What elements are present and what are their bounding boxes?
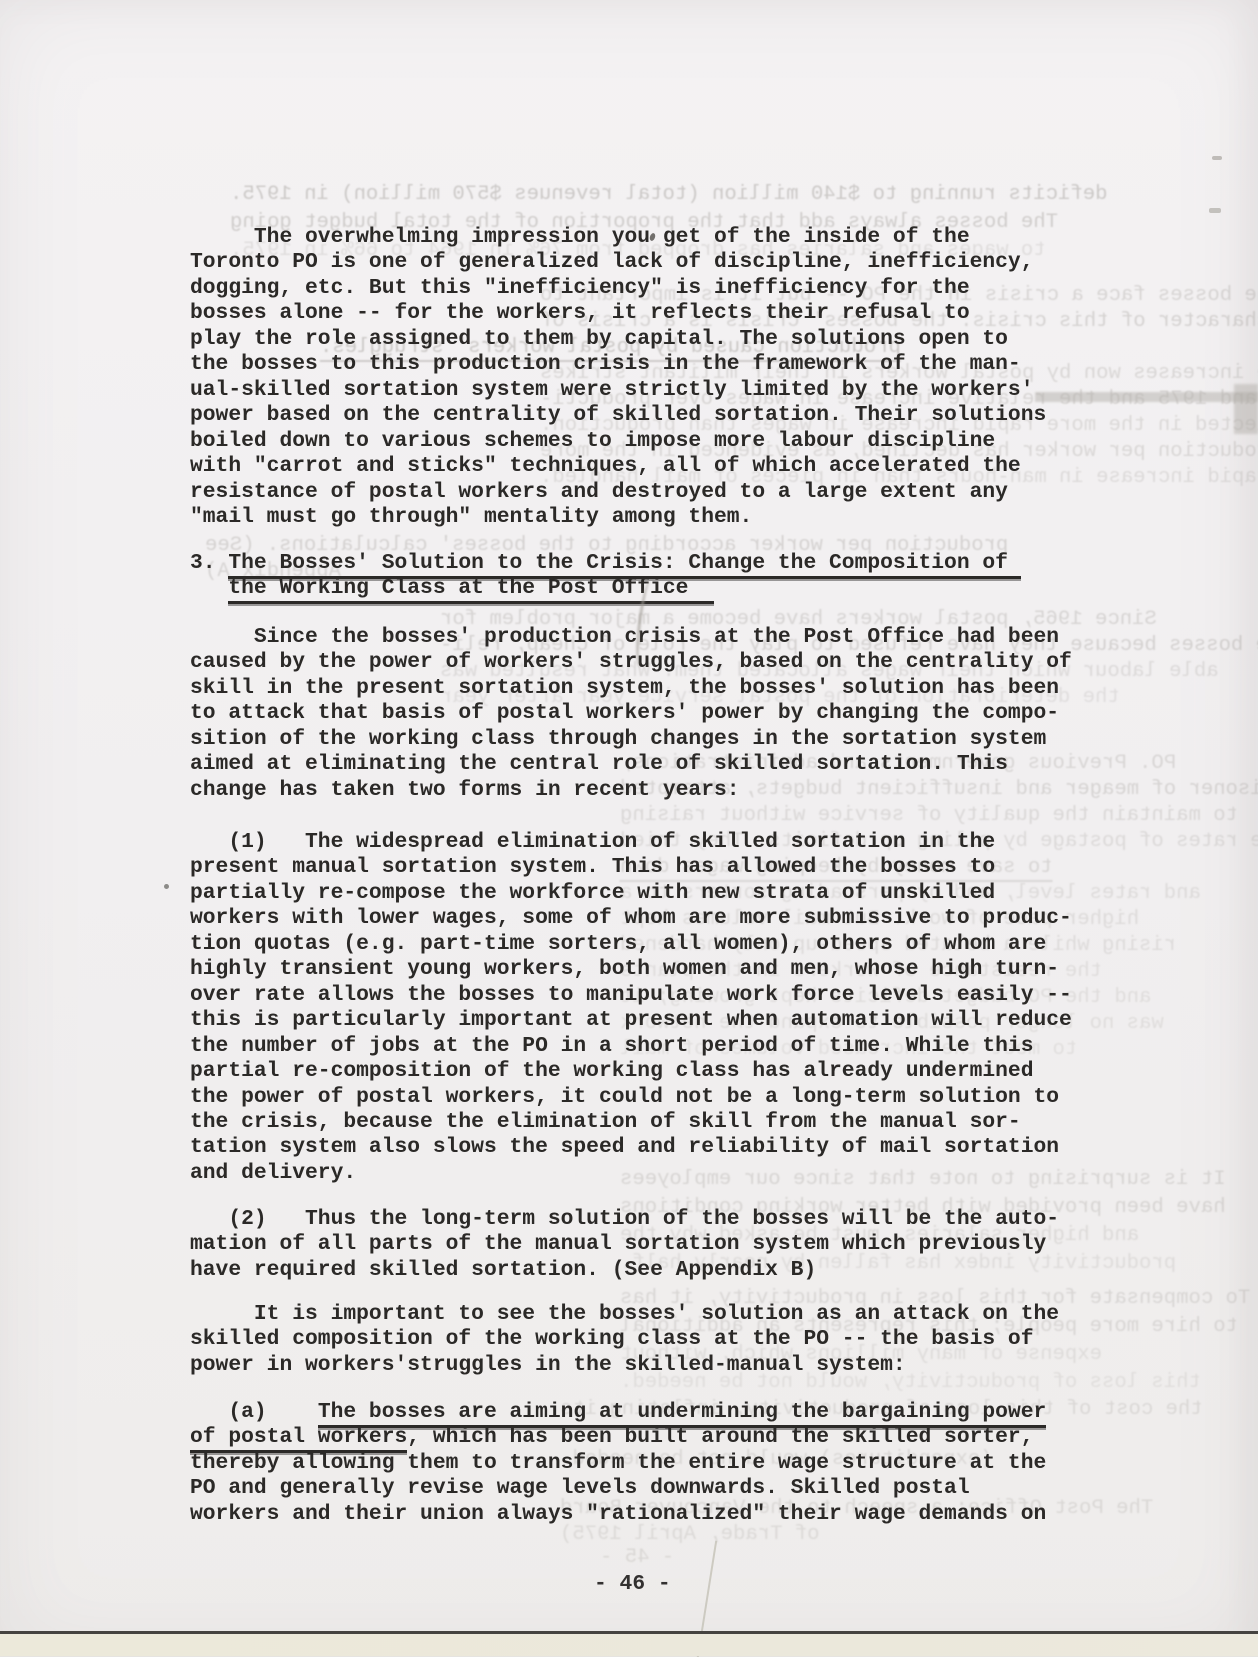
text-line: bosses alone -- for the workers, it refl… [190, 301, 1046, 326]
text-line: skilled composition of the working class… [190, 1327, 1059, 1352]
text-line: thereby allowing them to transform the e… [190, 1451, 1046, 1476]
paragraph: The overwhelming impression you get of t… [190, 225, 1046, 530]
text-line: (2) Thus the long-term solution of the b… [190, 1207, 1059, 1232]
text-line: present manual sortation system. This ha… [190, 855, 1072, 880]
paragraph: Since the bosses' production crisis at t… [190, 625, 1072, 803]
text-line: highly transient young workers, both wom… [190, 957, 1072, 982]
heading-line: the Working Class at the Post Office [190, 576, 1021, 601]
text-line: Since the bosses' production crisis at t… [190, 625, 1072, 650]
text-line: dogging, etc. But this "inefficiency" is… [190, 276, 1046, 301]
text-line: workers with lower wages, some of whom a… [190, 906, 1072, 931]
scan-bottom-band [0, 1634, 1258, 1656]
text-line: caused by the power of workers' struggle… [190, 650, 1072, 675]
right-edge-streak [1234, 384, 1258, 434]
heading-line: 3. The Bosses' Solution to the Crisis: C… [190, 551, 1021, 576]
text-line: and delivery. [190, 1161, 1072, 1186]
text-line: to attack that basis of postal workers' … [190, 701, 1072, 726]
paragraph: (1) The widespread elimination of skille… [190, 830, 1072, 1186]
text-line: resistance of postal workers and destroy… [190, 480, 1046, 505]
bleedthrough-line: deficits running to $140 million (total … [230, 183, 1107, 207]
text-line: the crisis, because the elimination of s… [190, 1110, 1072, 1135]
text-line: workers and their union always "rational… [190, 1502, 1046, 1527]
text-line: boiled down to various schemes to impose… [190, 429, 1046, 454]
text-line: of postal workers, which has been built … [190, 1425, 1046, 1450]
text-line: the bosses to this production crisis in … [190, 352, 1046, 377]
text-line: power based on the centrality of skilled… [190, 403, 1046, 428]
text-line: the number of jobs at the PO in a short … [190, 1034, 1072, 1059]
edge-speck [1212, 156, 1222, 160]
text-line: tation system also slows the speed and r… [190, 1135, 1072, 1160]
section-heading: 3. The Bosses' Solution to the Crisis: C… [190, 551, 1021, 602]
text-line: over rate allows the bosses to manipulat… [190, 983, 1072, 1008]
text-line: tion quotas (e.g. part-time sorters, all… [190, 932, 1072, 957]
text-line: partial re-composition of the working cl… [190, 1059, 1072, 1084]
text-line: mation of all parts of the manual sortat… [190, 1232, 1059, 1257]
text-line: aimed at eliminating the central role of… [190, 752, 1072, 777]
text-line: The overwhelming impression you get of t… [190, 225, 1046, 250]
bleedthrough-line: - 45 - [600, 1546, 674, 1570]
text-line: sition of the working class through chan… [190, 727, 1072, 752]
ink-speck [164, 884, 169, 889]
text-line: (a) The bosses are aiming at undermining… [190, 1400, 1046, 1425]
text-line: (1) The widespread elimination of skille… [190, 830, 1072, 855]
text-line: PO and generally revise wage levels down… [190, 1476, 1046, 1501]
text-line: "mail must go through" mentality among t… [190, 505, 1046, 530]
text-line: skill in the present sortation system, t… [190, 676, 1072, 701]
text-line: this is particularly important at presen… [190, 1008, 1072, 1033]
text-line: with "carrot and sticks" techniques, all… [190, 454, 1046, 479]
text-line: the power of postal workers, it could no… [190, 1085, 1072, 1110]
scanned-document-page: deficits running to $140 million (total … [0, 0, 1258, 1656]
text-line: change has taken two forms in recent yea… [190, 778, 1072, 803]
text-line: Toronto PO is one of generalized lack of… [190, 250, 1046, 275]
bleedthrough-line: to maintain the quality of service witho… [620, 804, 1238, 828]
paragraph: (2) Thus the long-term solution of the b… [190, 1207, 1059, 1283]
paragraph: (a) The bosses are aiming at undermining… [190, 1400, 1046, 1527]
text-line: have required skilled sortation. (See Ap… [190, 1258, 1059, 1283]
text-line: ual-skilled sortation system were strict… [190, 378, 1046, 403]
edge-speck [1209, 208, 1221, 213]
text-line: partially re-compose the workforce with … [190, 881, 1072, 906]
text-line: It is important to see the bosses' solut… [190, 1302, 1059, 1327]
paragraph: It is important to see the bosses' solut… [190, 1302, 1059, 1378]
right-edge-streak [1035, 392, 1258, 402]
page-number: - 46 - [594, 1572, 671, 1597]
text-line: power in workers'struggles in the skille… [190, 1353, 1059, 1378]
text-line: play the role assigned to them by capita… [190, 327, 1046, 352]
